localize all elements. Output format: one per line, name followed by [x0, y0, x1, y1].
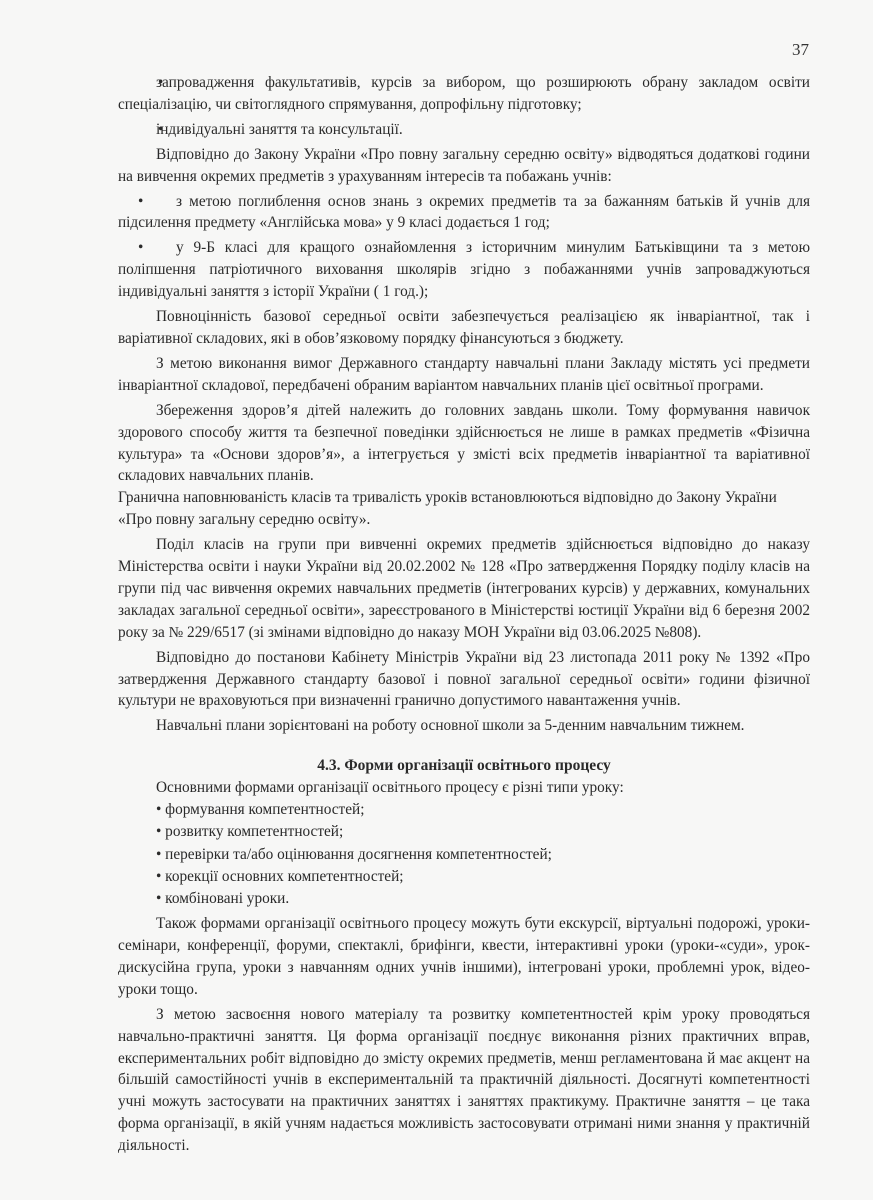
- section-heading: 4.3. Форми організації освітнього процес…: [118, 755, 810, 777]
- page-body: •запровадження факультативів, курсів за …: [118, 72, 810, 1157]
- paragraph-state-standard: З метою виконання вимог Державного станд…: [118, 353, 810, 397]
- page-number: 37: [792, 40, 809, 60]
- list-item: • комбіновані уроки.: [156, 888, 810, 910]
- paragraph-class-size: Гранична наповнюваність класів та тривал…: [118, 487, 810, 531]
- bullet-icon: •: [138, 72, 156, 94]
- paragraph-practical-lessons: З метою засвоєння нового матеріалу та ро…: [118, 1004, 810, 1157]
- paragraph-group-division: Поділ класів на групи при вивченні окрем…: [118, 534, 810, 644]
- list-item: • формування компетентностей;: [156, 799, 810, 821]
- paragraph-additional-hours: Відповідно до Закону України «Про повну …: [118, 144, 810, 188]
- paragraph-other-forms: Також формами організації освітнього про…: [118, 913, 810, 1001]
- paragraph-five-day-week: Навчальні плани зорієнтовані на роботу о…: [118, 715, 810, 737]
- intro-bullet-1: •запровадження факультативів, курсів за …: [118, 72, 810, 116]
- paragraph-health: Збереження здоров’я дітей належить до го…: [118, 400, 810, 488]
- document-page: 37 •запровадження факультативів, курсів …: [0, 0, 873, 1200]
- intro-bullet-2: •індивідуальні заняття та консультації.: [118, 119, 810, 141]
- bullet-icon: •: [138, 191, 176, 213]
- bullet-icon: •: [138, 119, 156, 141]
- list-item: • розвитку компетентностей;: [156, 821, 810, 843]
- paragraph-completeness: Повноцінність базової середньої освіти з…: [118, 306, 810, 350]
- section-intro: Основними формами організації освітнього…: [118, 777, 810, 799]
- list-item: • перевірки та/або оцінювання досягнення…: [156, 844, 810, 866]
- bullet-icon: •: [138, 237, 176, 259]
- hours-bullet-1: •з метою поглиблення основ знань з окрем…: [118, 191, 810, 235]
- paragraph-physical-culture: Відповідно до постанови Кабінету Міністр…: [118, 647, 810, 713]
- lesson-types-list: • формування компетентностей; • розвитку…: [118, 799, 810, 910]
- list-item: • корекції основних компетентностей;: [156, 866, 810, 888]
- hours-bullet-2: •у 9-Б класі для кращого ознайомлення з …: [118, 237, 810, 303]
